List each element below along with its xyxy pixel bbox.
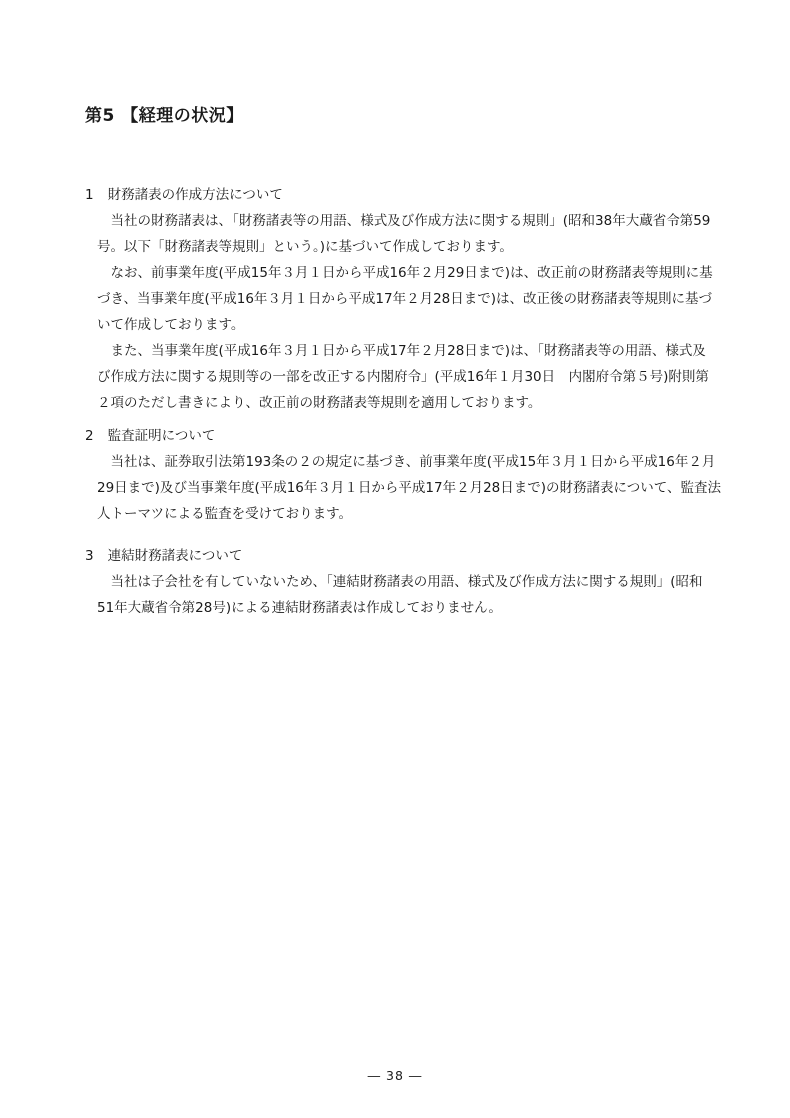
- section-heading-text: 監査証明について: [108, 423, 216, 449]
- section-heading: 2 監査証明について: [85, 423, 757, 449]
- page-title: 第5 【経理の状況】: [85, 103, 244, 129]
- paragraph: また、当事業年度(平成16年３月１日から平成17年２月28日まで)は、「財務諸表…: [97, 338, 757, 416]
- document-page: 第5 【経理の状況】 1 財務諸表の作成方法について 当社の財務諸表は、「財務諸…: [0, 0, 790, 1118]
- section-financial-statements-preparation: 1 財務諸表の作成方法について 当社の財務諸表は、「財務諸表等の用語、様式及び作…: [85, 182, 757, 416]
- section-number: 3: [85, 543, 94, 569]
- section-heading-text: 連結財務諸表について: [108, 543, 243, 569]
- paragraph: 当社の財務諸表は、「財務諸表等の用語、様式及び作成方法に関する規則」(昭和38年…: [97, 208, 757, 260]
- section-audit-certification: 2 監査証明について 当社は、証券取引法第193条の２の規定に基づき、前事業年度…: [85, 423, 757, 527]
- section-number: 1: [85, 182, 94, 208]
- page-number: ― 38 ―: [0, 1066, 790, 1086]
- paragraph: 当社は子会社を有していないため、「連結財務諸表の用語、様式及び作成方法に関する規…: [97, 569, 757, 621]
- paragraph: なお、前事業年度(平成15年３月１日から平成16年２月29日まで)は、改正前の財…: [97, 260, 757, 338]
- section-body: 当社の財務諸表は、「財務諸表等の用語、様式及び作成方法に関する規則」(昭和38年…: [97, 208, 757, 416]
- section-heading-text: 財務諸表の作成方法について: [108, 182, 283, 208]
- section-body: 当社は子会社を有していないため、「連結財務諸表の用語、様式及び作成方法に関する規…: [97, 569, 757, 621]
- section-body: 当社は、証券取引法第193条の２の規定に基づき、前事業年度(平成15年３月１日か…: [97, 449, 757, 527]
- section-number: 2: [85, 423, 94, 449]
- section-consolidated-financial-statements: 3 連結財務諸表について 当社は子会社を有していないため、「連結財務諸表の用語、…: [85, 543, 757, 621]
- paragraph: 当社は、証券取引法第193条の２の規定に基づき、前事業年度(平成15年３月１日か…: [97, 449, 757, 527]
- section-heading: 3 連結財務諸表について: [85, 543, 757, 569]
- section-heading: 1 財務諸表の作成方法について: [85, 182, 757, 208]
